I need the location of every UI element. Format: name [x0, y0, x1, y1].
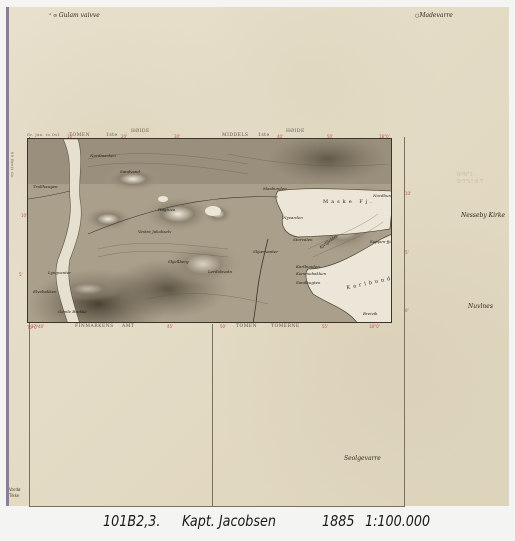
map-place: Vestre Jakobselv — [138, 229, 171, 234]
map-place: Masbunden — [263, 186, 287, 191]
map-place: Lerdalsvatn — [208, 269, 232, 274]
sheet-id: 101B2,3. — [103, 512, 160, 530]
terrain-relief — [28, 139, 392, 323]
map-place: Breivik — [363, 311, 377, 316]
bottom-tick: 55' — [322, 324, 328, 329]
right-tick: 0' — [405, 308, 409, 313]
map-place: Korsmobakken — [296, 271, 326, 276]
map-place: Sandvand — [120, 169, 140, 174]
place-lower-right: Seolgevarre — [344, 455, 381, 462]
map-place: Soppen-fjord — [370, 239, 392, 244]
place-right-2: Nuvlnes — [468, 303, 493, 310]
pencil-note: N°N°1. S°T°L°.8.T — [457, 172, 483, 186]
top-edge-label: HØIDE — [286, 129, 305, 134]
map-place: Skjærvanter — [253, 249, 278, 254]
map-place: Lyngvanter — [48, 270, 71, 275]
right-tick: 10' — [405, 191, 411, 196]
frame-bottom-line — [29, 506, 405, 507]
bottom-tick: 18°0' — [369, 324, 380, 329]
right-tick: 5' — [405, 250, 409, 255]
map-place: Nordbunden — [373, 193, 392, 198]
map-scale: 1:100.000 — [365, 512, 430, 530]
map-place: Høgtuva — [158, 207, 175, 212]
place-top-right: ○Madevarre — [415, 12, 453, 19]
point-icon: ° ⊙ — [49, 13, 59, 19]
place-right-1: Nesseby Kirke — [461, 212, 505, 219]
bottom-edge-label: TOMEN — [236, 324, 257, 329]
map-place: Storvalen — [293, 237, 313, 242]
map-place: Nordmarken — [90, 153, 116, 158]
map-place: Elvebakken — [33, 289, 57, 294]
map-place: Sandbugten — [296, 280, 321, 285]
bottom-tick: 45' — [167, 324, 173, 329]
left-tick: 5' — [19, 272, 23, 277]
bottom-edge-label: TOMERNE — [271, 324, 300, 329]
place-top-left: ° ⊙ Gulam vaivve — [49, 12, 100, 19]
survey-year: 1885 — [322, 512, 354, 530]
map-place: Karlbunden — [296, 264, 320, 269]
bottom-tick: 17°40' — [31, 324, 44, 329]
top-edge-label: HØIDE — [131, 129, 150, 134]
bottom-tick: 50' — [220, 324, 226, 329]
map-place: Gamle Brekke — [58, 309, 87, 314]
frame-center-divider — [212, 324, 213, 507]
bottom-edge-label: AMT — [122, 324, 134, 329]
map-place: Trollhaugen — [33, 184, 58, 189]
map-place: Skjellberg — [168, 259, 189, 264]
left-edge-note: 69 Breit Gr. — [10, 152, 14, 179]
bottom-edge-label: FINMARKENS — [75, 324, 114, 329]
surveyor: Kapt. Jacobsen — [182, 512, 276, 530]
left-margin-note: Vardø Tikke — [9, 487, 20, 499]
top-edge-note: Gr. Jan. to Osl. — [27, 133, 61, 137]
lake-label: Maske Fj. — [323, 199, 375, 205]
engraved-map: Maske Fj. Karlbunden Nordmarken Sandvand… — [27, 138, 392, 323]
map-place: Nyvarden — [283, 215, 303, 220]
